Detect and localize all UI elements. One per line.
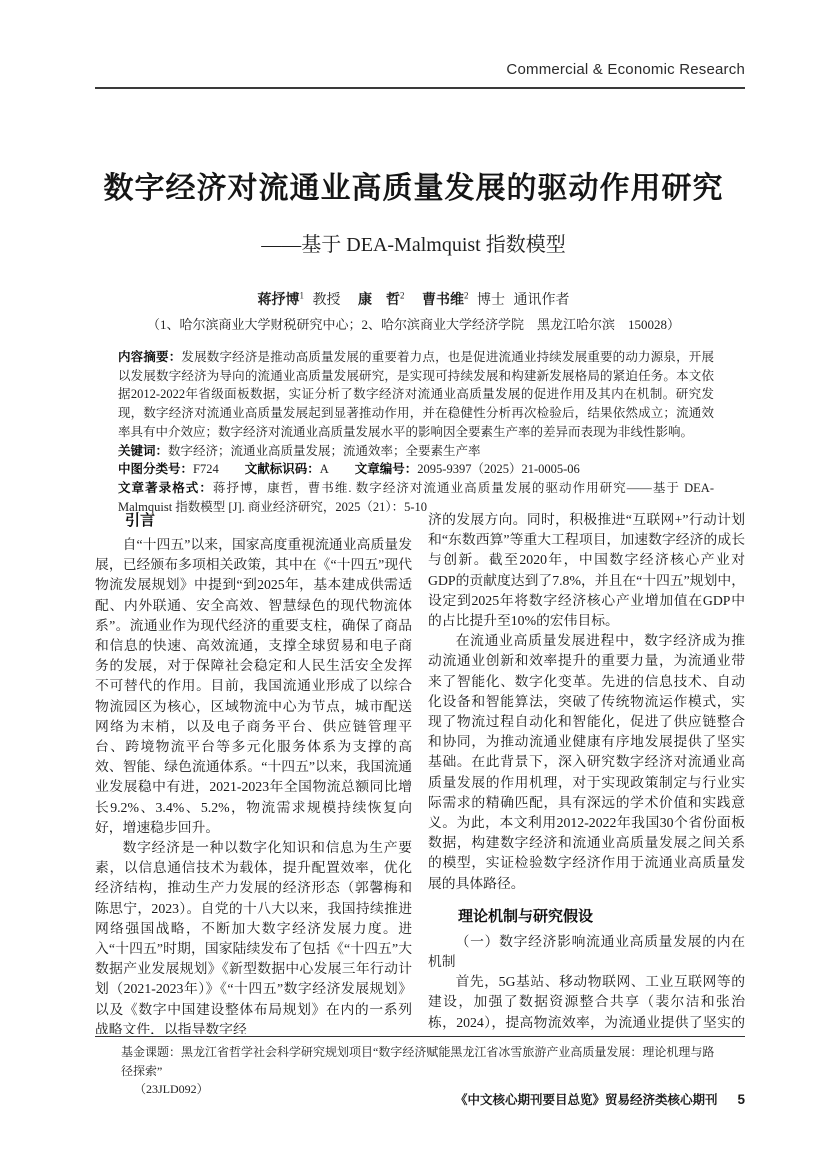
classification-line: 中图分类号：F724文献标识码：A文章编号：2095-9397（2025）21-… xyxy=(118,460,714,479)
body-columns: 引言 自“十四五”以来，国家高度重视流通业高质量发展，已经颁布多项相关政策，其中… xyxy=(95,510,745,1034)
funding-text: 黑龙江省哲学社会科学研究规划项目“数字经济赋能黑龙江省冰雪旅游产业高质量发展：理… xyxy=(121,1045,714,1078)
journal-name-english: Commercial & Economic Research xyxy=(95,61,745,78)
affiliation-line: （1、哈尔滨商业大学财税研究中心；2、哈尔滨商业大学经济学院 黑龙江哈尔滨 15… xyxy=(60,314,767,333)
author-3-role: 博士 xyxy=(477,293,505,308)
author-2-affil-mark: 2 xyxy=(400,290,405,300)
paper-subtitle: ——基于 DEA-Malmquist 指数模型 xyxy=(60,228,767,257)
right-column: 济的发展方向。同时，积极推进“互联网+”行动计划和“东数西算”等重大工程项目，加… xyxy=(428,510,745,1034)
author-3-name: 曹书维 xyxy=(422,291,464,307)
keywords-label: 关键词： xyxy=(118,444,168,458)
doc-code-value: A xyxy=(320,462,329,476)
intro-paragraph-3: 在流通业高质量发展进程中，数字经济成为推动流通业创新和效率提升的重要力量，为流通… xyxy=(428,631,745,894)
theory-paragraph-1: 首先，5G基站、移动物联网、工业互联网等的建设，加强了数据资源整合共享（裴尔洁和… xyxy=(428,972,745,1034)
citation-label: 文章著录格式： xyxy=(118,481,213,495)
abstract-paragraph: 内容摘要：发展数字经济是推动高质量发展的重要着力点，也是促进流通业持续发展重要的… xyxy=(118,348,714,442)
intro-paragraph-2: 数字经济是一种以数字化知识和信息为生产要素，以信息通信技术为载体，提升配置效率，… xyxy=(95,838,412,1034)
authors-line: 蒋抒博1 教授 康 哲2 曹书维2 博士 通讯作者 xyxy=(60,289,767,309)
front-matter: 内容摘要：发展数字经济是推动高质量发展的重要着力点，也是促进流通业持续发展重要的… xyxy=(118,348,714,516)
subsection-heading-mechanism: （一）数字经济影响流通业高质量发展的内在机制 xyxy=(428,932,745,972)
author-3-affil-mark: 2 xyxy=(464,290,469,300)
doc-code-label: 文献标识码： xyxy=(245,462,320,476)
corresponding-author-label: 通讯作者 xyxy=(514,293,570,308)
intro-paragraph-1: 自“十四五”以来，国家高度重视流通业高质量发展，已经颁布多项相关政策，其中在《“… xyxy=(95,535,412,838)
header-divider xyxy=(95,87,745,89)
funding-footnote-line1: 基金课题：黑龙江省哲学社会科学研究规划项目“数字经济赋能黑龙江省冰雪旅游产业高质… xyxy=(121,1043,721,1080)
clc-label: 中图分类号： xyxy=(118,462,193,476)
abstract-label: 内容摘要： xyxy=(118,350,181,364)
clc-value: F724 xyxy=(193,462,219,476)
paper-title: 数字经济对流通业高质量发展的驱动作用研究 xyxy=(60,163,767,207)
page-number: 5 xyxy=(737,1092,745,1107)
page-footer: 《中文核心期刊要目总览》贸易经济类核心期刊5 xyxy=(95,1090,745,1108)
keywords-line: 关键词：数字经济；流通业高质量发展；流通效率；全要素生产率 xyxy=(118,442,714,461)
section-heading-introduction: 引言 xyxy=(95,510,412,532)
journal-name-chinese: 《中文核心期刊要目总览》贸易经济类核心期刊 xyxy=(455,1093,718,1107)
intro-paragraph-2-continuation: 济的发展方向。同时，积极推进“互联网+”行动计划和“东数西算”等重大工程项目，加… xyxy=(428,510,745,631)
author-1-role: 教授 xyxy=(313,293,341,308)
footnote-divider xyxy=(95,1036,745,1037)
left-column: 引言 自“十四五”以来，国家高度重视流通业高质量发展，已经颁布多项相关政策，其中… xyxy=(95,510,412,1034)
author-2-name: 康 哲 xyxy=(358,291,400,307)
section-heading-theory: 理论机制与研究假设 xyxy=(428,906,745,928)
article-id-value: 2095-9397（2025）21-0005-06 xyxy=(417,462,580,476)
abstract-text: 发展数字经济是推动高质量发展的重要着力点，也是促进流通业持续发展重要的动力源泉，… xyxy=(118,350,714,439)
funding-label: 基金课题： xyxy=(121,1045,181,1059)
article-id-label: 文章编号： xyxy=(355,462,418,476)
keywords-text: 数字经济；流通业高质量发展；流通效率；全要素生产率 xyxy=(168,444,481,458)
author-1-affil-mark: 1 xyxy=(300,290,305,300)
author-1-name: 蒋抒博 xyxy=(258,291,300,307)
